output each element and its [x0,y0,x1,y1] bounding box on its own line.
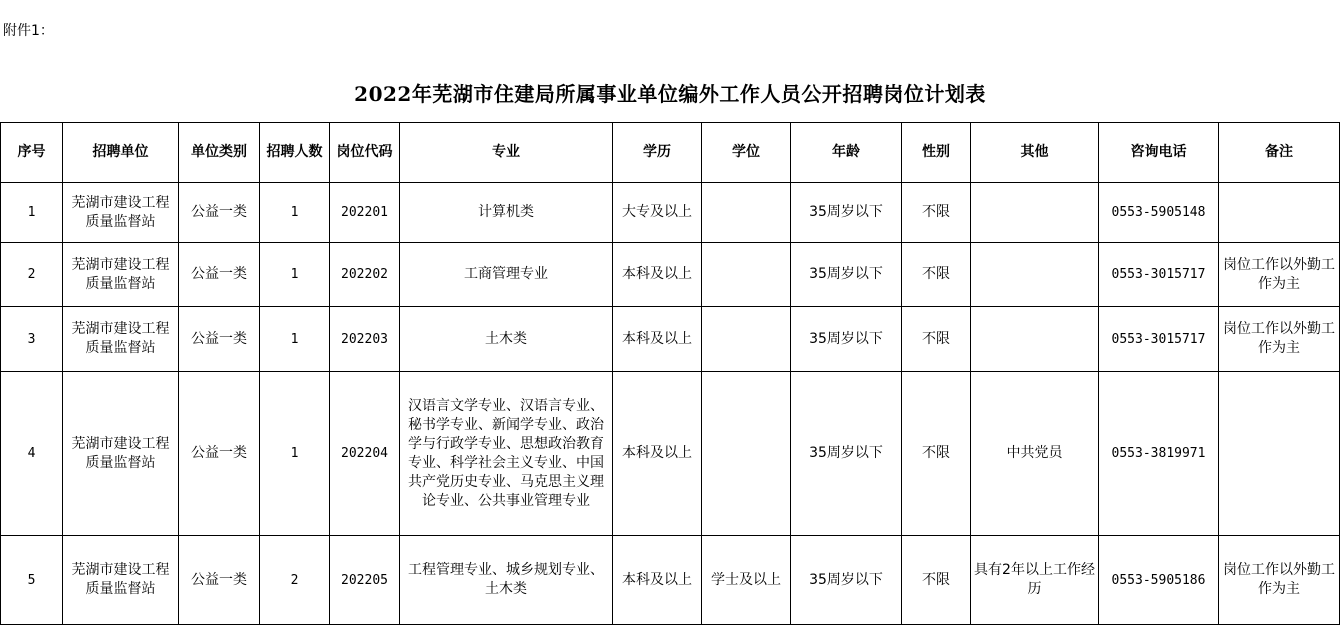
header-unit-type: 单位类别 [179,123,260,183]
cell-phone: 0553-3015717 [1099,307,1219,372]
cell-index: 1 [1,183,63,243]
header-degree: 学位 [702,123,791,183]
page-title: 2022年芜湖市住建局所属事业单位编外工作人员公开招聘岗位计划表 [0,80,1340,108]
cell-age: 35周岁以下 [791,183,902,243]
cell-age: 35周岁以下 [791,372,902,536]
cell-remark: 岗位工作以外勤工作为主 [1219,536,1340,625]
header-age: 年龄 [791,123,902,183]
cell-major: 汉语言文学专业、汉语言专业、秘书学专业、新闻学专业、政治学与行政学专业、思想政治… [400,372,613,536]
cell-unit-type: 公益一类 [179,372,260,536]
cell-count: 2 [260,536,330,625]
cell-code: 202201 [330,183,400,243]
cell-code: 202205 [330,536,400,625]
cell-degree [702,372,791,536]
cell-index: 4 [1,372,63,536]
cell-education: 本科及以上 [613,536,702,625]
header-major: 专业 [400,123,613,183]
recruitment-plan-table: 序号 招聘单位 单位类别 招聘人数 岗位代码 专业 学历 学位 年龄 性别 其他… [0,122,1340,625]
cell-remark: 岗位工作以外勤工作为主 [1219,243,1340,307]
cell-index: 5 [1,536,63,625]
cell-major: 计算机类 [400,183,613,243]
cell-degree: 学士及以上 [702,536,791,625]
cell-degree [702,307,791,372]
cell-degree [702,243,791,307]
header-count: 招聘人数 [260,123,330,183]
cell-remark: 岗位工作以外勤工作为主 [1219,307,1340,372]
cell-unit: 芜湖市建设工程质量监督站 [63,372,179,536]
cell-other: 具有2年以上工作经历 [971,536,1099,625]
cell-unit-type: 公益一类 [179,243,260,307]
table-header-row: 序号 招聘单位 单位类别 招聘人数 岗位代码 专业 学历 学位 年龄 性别 其他… [1,123,1340,183]
cell-gender: 不限 [902,183,971,243]
cell-phone: 0553-5905186 [1099,536,1219,625]
cell-gender: 不限 [902,243,971,307]
cell-count: 1 [260,243,330,307]
cell-unit-type: 公益一类 [179,307,260,372]
table-row: 4 芜湖市建设工程质量监督站 公益一类 1 202204 汉语言文学专业、汉语言… [1,372,1340,536]
cell-remark [1219,183,1340,243]
cell-phone: 0553-3015717 [1099,243,1219,307]
cell-phone: 0553-3819971 [1099,372,1219,536]
cell-unit: 芜湖市建设工程质量监督站 [63,243,179,307]
cell-age: 35周岁以下 [791,243,902,307]
cell-age: 35周岁以下 [791,307,902,372]
cell-remark [1219,372,1340,536]
cell-education: 大专及以上 [613,183,702,243]
cell-index: 2 [1,243,63,307]
table-row: 2 芜湖市建设工程质量监督站 公益一类 1 202202 工商管理专业 本科及以… [1,243,1340,307]
cell-education: 本科及以上 [613,243,702,307]
cell-other: 中共党员 [971,372,1099,536]
cell-code: 202203 [330,307,400,372]
cell-other [971,183,1099,243]
cell-major: 工程管理专业、城乡规划专业、土木类 [400,536,613,625]
cell-gender: 不限 [902,372,971,536]
cell-gender: 不限 [902,307,971,372]
header-education: 学历 [613,123,702,183]
table-row: 3 芜湖市建设工程质量监督站 公益一类 1 202203 土木类 本科及以上 3… [1,307,1340,372]
header-remark: 备注 [1219,123,1340,183]
cell-count: 1 [260,372,330,536]
header-index: 序号 [1,123,63,183]
cell-unit-type: 公益一类 [179,183,260,243]
cell-gender: 不限 [902,536,971,625]
cell-unit: 芜湖市建设工程质量监督站 [63,183,179,243]
table-row: 5 芜湖市建设工程质量监督站 公益一类 2 202205 工程管理专业、城乡规划… [1,536,1340,625]
attachment-label: 附件1： [3,22,54,40]
cell-age: 35周岁以下 [791,536,902,625]
header-gender: 性别 [902,123,971,183]
cell-code: 202204 [330,372,400,536]
cell-education: 本科及以上 [613,372,702,536]
table-row: 1 芜湖市建设工程质量监督站 公益一类 1 202201 计算机类 大专及以上 … [1,183,1340,243]
cell-unit: 芜湖市建设工程质量监督站 [63,307,179,372]
header-unit: 招聘单位 [63,123,179,183]
cell-unit: 芜湖市建设工程质量监督站 [63,536,179,625]
header-other: 其他 [971,123,1099,183]
cell-education: 本科及以上 [613,307,702,372]
cell-unit-type: 公益一类 [179,536,260,625]
cell-index: 3 [1,307,63,372]
cell-phone: 0553-5905148 [1099,183,1219,243]
cell-count: 1 [260,183,330,243]
cell-major: 土木类 [400,307,613,372]
cell-degree [702,183,791,243]
cell-major: 工商管理专业 [400,243,613,307]
cell-code: 202202 [330,243,400,307]
header-phone: 咨询电话 [1099,123,1219,183]
cell-count: 1 [260,307,330,372]
cell-other [971,307,1099,372]
cell-other [971,243,1099,307]
header-code: 岗位代码 [330,123,400,183]
